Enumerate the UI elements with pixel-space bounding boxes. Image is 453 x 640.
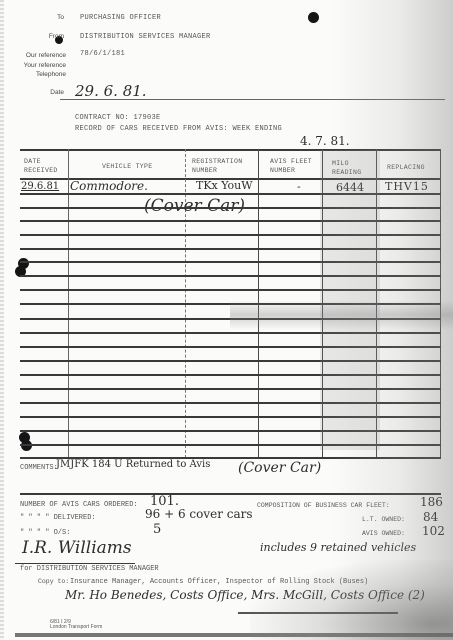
row-line xyxy=(20,332,441,334)
row-line xyxy=(20,303,441,305)
record-title: RECORD OF CARS RECEIVED FROM AVIS: WEEK … xyxy=(75,125,282,133)
punch-hole xyxy=(21,440,32,451)
comments-divider xyxy=(20,493,441,495)
header-divider xyxy=(60,99,445,100)
row-line xyxy=(20,220,441,222)
lt-owned-value: 84 xyxy=(423,510,438,524)
signature-line xyxy=(15,563,135,564)
contract-number: CONTRACT NO: 17903E xyxy=(75,114,161,122)
copies-label: Copy to: xyxy=(38,578,69,585)
row-line xyxy=(20,374,441,376)
cell-fleet: - xyxy=(297,180,301,193)
retained-vehicles-note: includes 9 retained vehicles xyxy=(260,541,416,554)
comments-annotation: (Cover Car) xyxy=(238,460,321,476)
row-line xyxy=(20,234,441,236)
week-ending-value: 4. 7. 81. xyxy=(300,134,350,148)
copies-typed: Insurance Manager, Accounts Officer, Ins… xyxy=(70,578,368,586)
from-label: From xyxy=(4,33,64,40)
your-reference-label: Your reference xyxy=(6,62,66,69)
ordered-label: NUMBER OF AVIS CARS ORDERED: xyxy=(20,501,138,509)
delivered-value: 96 + 6 cover cars xyxy=(145,507,253,521)
avis-owned-value: 102 xyxy=(422,524,445,538)
row-line xyxy=(20,444,441,446)
row-line xyxy=(20,430,441,432)
row-line xyxy=(20,402,441,404)
to-value: PURCHASING OFFICER xyxy=(80,14,161,22)
punch-hole xyxy=(308,12,319,23)
signature: I.R. Williams xyxy=(22,538,132,558)
form-code: 6/81 I 2/9 London Transport Form xyxy=(50,620,102,630)
scan-shadow xyxy=(320,150,380,450)
copies-handwritten: Mr. Ho Benedes, Costs Office, Mrs. McGil… xyxy=(65,588,425,602)
our-reference-value: 78/6/1/181 xyxy=(80,50,125,58)
to-label: To xyxy=(4,14,64,21)
row-line xyxy=(20,289,441,291)
cell-date: 29.6.81 xyxy=(21,181,59,192)
telephone-label: Telephone xyxy=(6,71,66,78)
row-line xyxy=(20,346,441,348)
row-line xyxy=(20,248,441,250)
bottom-edge xyxy=(15,633,453,637)
column-header-replacing: REPLACING xyxy=(387,163,425,172)
signature-title: for DISTRIBUTION SERVICES MANAGER xyxy=(20,565,159,573)
column-header-registration: REGISTRATIONNUMBER xyxy=(192,157,242,175)
scan-edge xyxy=(0,0,4,640)
os-value: 5 xyxy=(153,522,161,537)
fleet-composition-label: COMPOSITION OF BUSINESS CAR FLEET: xyxy=(257,502,390,509)
avis-owned-label: AVIS OWNED: xyxy=(362,530,405,537)
date-label: Date xyxy=(4,89,64,96)
cover-car-annotation: (Cover Car) xyxy=(144,196,245,216)
row-line xyxy=(20,388,441,390)
date-value: 29. 6. 81. xyxy=(75,82,147,100)
os-label: " " " " O/S: xyxy=(20,529,70,537)
copies-underline xyxy=(238,612,398,614)
row-line xyxy=(20,360,441,362)
fleet-composition-value: 186 xyxy=(420,495,443,509)
comments-label: COMMENTS: xyxy=(20,464,58,472)
column-header-date: DATERECEIVED xyxy=(24,157,58,175)
table-top-border xyxy=(20,149,441,151)
lt-owned-label: L.T. OWNED: xyxy=(362,516,405,523)
scan-shadow xyxy=(230,300,453,330)
cell-registration: TKx YouW xyxy=(196,179,253,192)
row-line xyxy=(20,416,441,418)
row-line xyxy=(20,261,441,263)
our-reference-label: Our reference xyxy=(6,52,66,59)
row-line xyxy=(20,193,441,195)
column-header-vehicle-type: VEHICLE TYPE xyxy=(102,162,152,171)
column-header-milo-reading: MILOREADING xyxy=(332,159,361,177)
row-line xyxy=(20,275,441,277)
comments-text: JMJFK 184 U Returned to Avis xyxy=(56,459,210,470)
delivered-label: " " " " DELIVERED: xyxy=(20,514,96,522)
row-line xyxy=(20,318,441,320)
cell-replacing: THV15 xyxy=(385,180,429,193)
cell-vehicle: Commodore. xyxy=(70,179,148,193)
row-line xyxy=(20,207,441,209)
column-header-avis-fleet: AVIS FLEETNUMBER xyxy=(270,157,312,175)
from-value: DISTRIBUTION SERVICES MANAGER xyxy=(80,33,211,41)
